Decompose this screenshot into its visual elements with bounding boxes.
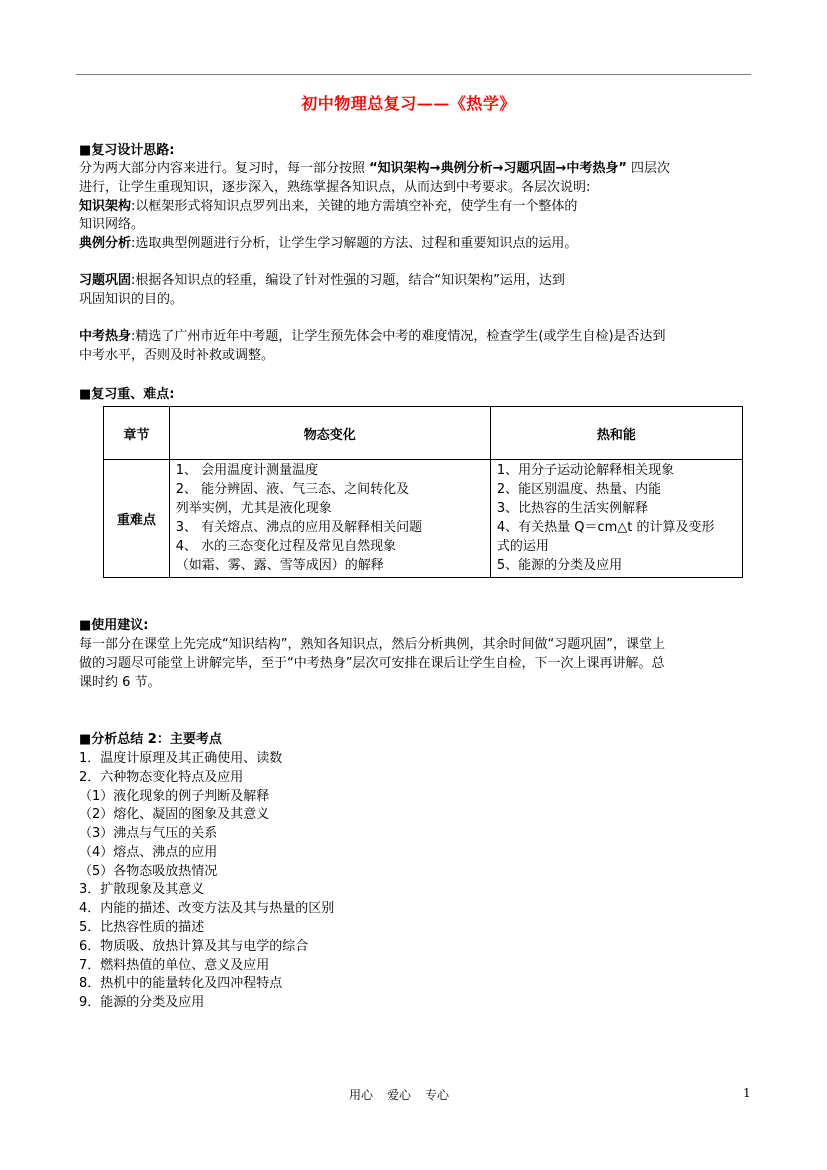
table-cell-heat-energy: 1、用分子运动论解释相关现象 2、能区别温度、热量、内能 3、比热容的生活实例解… bbox=[490, 460, 742, 578]
design-intro-line-1: 分为两大部分内容来进行。复习时，每一部分按照 “知识架构→典例分析→习题巩固→中… bbox=[79, 160, 670, 179]
summary-item: 5．比热容性质的描述 bbox=[79, 919, 204, 938]
table-cell-line: 式的运用 bbox=[497, 537, 736, 556]
footer-word: 用心 bbox=[349, 1088, 373, 1102]
table-row-label: 重难点 bbox=[104, 460, 170, 578]
design-item-knowledge: 知识架构:以框架形式将知识点罗列出来，关键的地方需填空补充，使学生有一个整体的 bbox=[79, 198, 577, 217]
design-item-examples: 典例分析:选取典型例题进行分析，让学生学习解题的方法、过程和重要知识点的运用。 bbox=[79, 235, 577, 254]
usage-line: 做的习题尽可能堂上讲解完毕，至于“中考热身”层次可安排在课后让学生自检，下一次上… bbox=[79, 655, 664, 674]
summary-item: 1．温度计原理及其正确使用、读数 bbox=[79, 750, 282, 769]
summary-item: （1）液化现象的例子判断及解释 bbox=[79, 788, 269, 807]
summary-item: 6．物质吸、放热计算及其与电学的综合 bbox=[79, 938, 308, 957]
summary-item: 8．热机中的能量转化及四冲程特点 bbox=[79, 975, 282, 994]
design-item-label: 习题巩固 bbox=[79, 273, 131, 288]
table-cell-line: 3、比热容的生活实例解释 bbox=[497, 499, 736, 518]
summary-item: 7．燃料热值的单位、意义及应用 bbox=[79, 957, 269, 976]
footer-motto: 用心爱心专心 bbox=[349, 1086, 463, 1103]
summary-item: 9．能源的分类及应用 bbox=[79, 994, 204, 1013]
table-cell-line: 2、能区别温度、热量、内能 bbox=[497, 480, 736, 499]
design-item-text: 根据各知识点的轻重，编设了针对性强的习题，结合“知识架构”运用，达到 bbox=[135, 273, 564, 288]
usage-line: 课时约 6 节。 bbox=[79, 674, 161, 693]
summary-item: 3．扩散现象及其意义 bbox=[79, 881, 204, 900]
section-heading-summary: ■分析总结 2：主要考点 bbox=[79, 731, 222, 750]
design-intro-bold: “知识架构→典例分析→习题巩固→中考热身” bbox=[369, 161, 627, 176]
table-cell-line: （如霜、雾、露、雪等成因）的解释 bbox=[176, 556, 484, 575]
design-item-text: 以框架形式将知识点罗列出来，关键的地方需填空补充，使学生有一个整体的 bbox=[135, 199, 577, 214]
table-header-cell: 热和能 bbox=[490, 407, 742, 460]
table-cell-line: 3、 有关熔点、沸点的应用及解释相关问题 bbox=[176, 518, 484, 537]
section-heading-usage: ■使用建议: bbox=[79, 617, 148, 636]
design-item-warmup-cont: 中考水平，否则及时补救或调整。 bbox=[79, 347, 274, 366]
table-cell-line: 1、用分子运动论解释相关现象 bbox=[497, 461, 736, 480]
table-header-cell: 物态变化 bbox=[169, 407, 490, 460]
design-item-text: 选取典型例题进行分析，让学生学习解题的方法、过程和重要知识点的运用。 bbox=[135, 236, 577, 251]
design-item-text: 精选了广州市近年中考题，让学生预先体会中考的难度情况，检查学生(或学生自检)是否… bbox=[135, 329, 665, 344]
summary-item: 2．六种物态变化特点及应用 bbox=[79, 769, 243, 788]
section-heading-key-points: ■复习重、难点: bbox=[79, 386, 174, 405]
design-item-exercises: 习题巩固:根据各知识点的轻重，编设了针对性强的习题，结合“知识架构”运用，达到 bbox=[79, 272, 565, 291]
usage-line: 每一部分在课堂上先完成“知识结构”，熟知各知识点，然后分析典例，其余时间做“习题… bbox=[79, 636, 665, 655]
table-cell-line: 4、 水的三态变化过程及常见自然现象 bbox=[176, 537, 484, 556]
table-cell-line: 2、 能分辨固、液、气三态、之间转化及 bbox=[176, 480, 484, 499]
header-rule bbox=[76, 74, 751, 75]
table-cell-phase-change: 1、 会用温度计测量温度 2、 能分辨固、液、气三态、之间转化及 列举实例，尤其… bbox=[169, 460, 490, 578]
design-item-exercises-cont: 巩固知识的目的。 bbox=[79, 291, 183, 310]
design-intro-post: 四层次 bbox=[627, 161, 670, 176]
summary-item: （2）熔化、凝固的图象及其意义 bbox=[79, 806, 269, 825]
table-cell-line: 列举实例，尤其是液化现象 bbox=[176, 499, 484, 518]
table-row: 重难点 1、 会用温度计测量温度 2、 能分辨固、液、气三态、之间转化及 列举实… bbox=[104, 460, 743, 578]
design-intro-pre: 分为两大部分内容来进行。复习时，每一部分按照 bbox=[79, 161, 369, 176]
section-heading-design: ■复习设计思路: bbox=[79, 142, 174, 161]
design-item-knowledge-cont: 知识网络。 bbox=[79, 216, 144, 235]
footer-word: 专心 bbox=[425, 1088, 449, 1102]
summary-item: （3）沸点与气压的关系 bbox=[79, 825, 217, 844]
key-points-table: 章节 物态变化 热和能 重难点 1、 会用温度计测量温度 2、 能分辨固、液、气… bbox=[103, 406, 743, 578]
design-item-warmup: 中考热身:精选了广州市近年中考题，让学生预先体会中考的难度情况，检查学生(或学生… bbox=[79, 328, 666, 347]
table-cell-line: 5、能源的分类及应用 bbox=[497, 556, 736, 575]
table-header-cell: 章节 bbox=[104, 407, 170, 460]
design-intro-line-2: 进行，让学生重现知识，逐步深入，熟练掌握各知识点，从而达到中考要求。各层次说明: bbox=[79, 179, 590, 198]
page-number: 1 bbox=[743, 1086, 751, 1100]
summary-item: （4）熔点、沸点的应用 bbox=[79, 844, 217, 863]
summary-item: （5）各物态吸放热情况 bbox=[79, 863, 217, 882]
design-item-label: 知识架构 bbox=[79, 199, 131, 214]
document-title: 初中物理总复习——《热学》 bbox=[0, 91, 817, 114]
summary-item: 4．内能的描述、改变方法及其与热量的区别 bbox=[79, 900, 334, 919]
table-header-row: 章节 物态变化 热和能 bbox=[104, 407, 743, 460]
footer-word: 爱心 bbox=[387, 1088, 411, 1102]
design-item-label: 中考热身 bbox=[79, 329, 131, 344]
table-cell-line: 1、 会用温度计测量温度 bbox=[176, 461, 484, 480]
table-cell-line: 4、有关热量 Q＝cm△t 的计算及变形 bbox=[497, 518, 736, 537]
design-item-label: 典例分析 bbox=[79, 236, 131, 251]
